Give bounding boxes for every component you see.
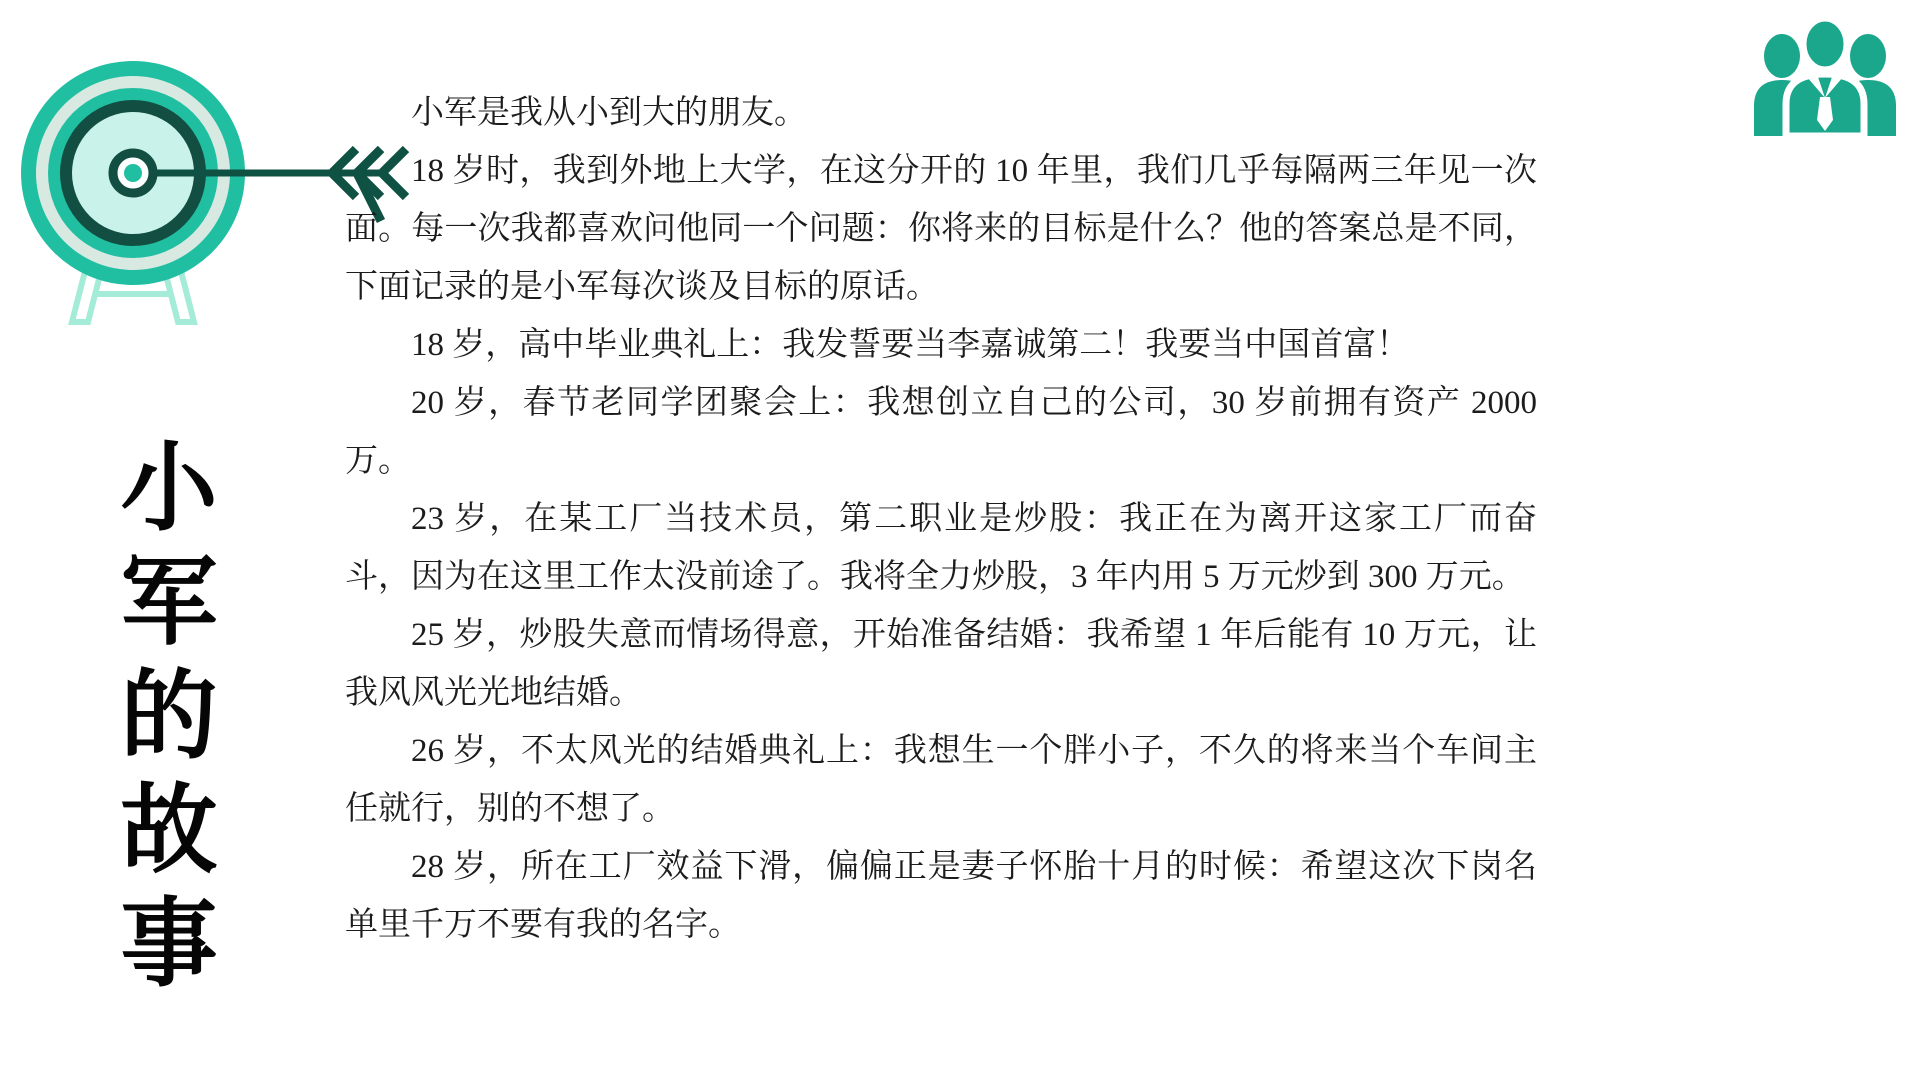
paragraph-3: 18 岁，高中毕业典礼上：我发誓要当李嘉诚第二！我要当中国首富！ — [345, 316, 1537, 374]
paragraph-1: 小军是我从小到大的朋友。 — [345, 84, 1537, 142]
paragraph-7: 26 岁，不太风光的结婚典礼上：我想生一个胖小子，不久的将来当个车间主任就行，别… — [345, 722, 1537, 838]
people-icon-svg — [1740, 12, 1910, 138]
paragraph-5: 23 岁，在某工厂当技术员，第二职业是炒股：我正在为离开这家工厂而奋斗，因为在这… — [345, 490, 1537, 606]
team-people-icon — [1740, 12, 1910, 138]
paragraph-2: 18 岁时，我到外地上大学，在这分开的 10 年里，我们几乎每隔两三年见一次面。… — [345, 142, 1537, 316]
story-text: 小军是我从小到大的朋友。 18 岁时，我到外地上大学，在这分开的 10 年里，我… — [345, 84, 1537, 954]
paragraph-8: 28 岁，所在工厂效益下滑，偏偏正是妻子怀胎十月的时候：希望这次下岗名单里千万不… — [345, 838, 1537, 954]
slide: 小军的故事 小军是我从小到大的朋友。 18 — [0, 0, 1920, 1080]
paragraph-6: 25 岁，炒股失意而情场得意，开始准备结婚：我希望 1 年后能有 10 万元，让… — [345, 606, 1537, 722]
page-title: 小军的故事 — [112, 436, 209, 1006]
paragraph-4: 20 岁，春节老同学团聚会上：我想创立自己的公司，30 岁前拥有资产 2000 … — [345, 374, 1537, 490]
